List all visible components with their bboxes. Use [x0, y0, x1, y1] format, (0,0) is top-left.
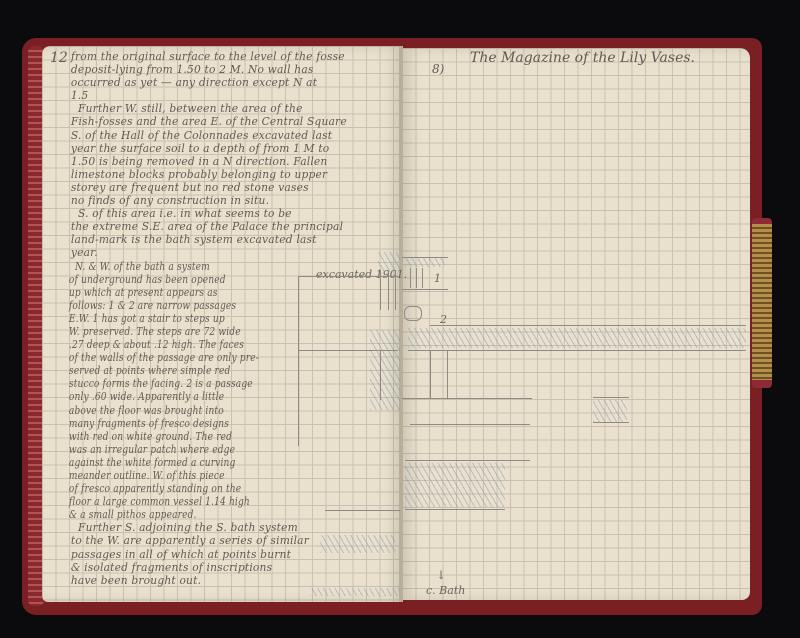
plan-line — [447, 350, 448, 398]
handwritten-line: have been brought out. — [58, 574, 366, 587]
plan-line — [405, 460, 530, 461]
plan-label-1: 1 — [434, 272, 441, 285]
plan-line — [430, 350, 431, 398]
plan-line — [380, 270, 381, 310]
plan-line — [410, 424, 530, 425]
bath-label: c. Bath — [426, 584, 465, 597]
plan-hatch — [405, 463, 505, 507]
plan-hatch — [370, 330, 400, 410]
plan-line — [410, 268, 411, 288]
plan-line — [388, 270, 389, 310]
page-title: The Magazine of the Lily Vases. — [470, 50, 695, 66]
handwritten-notes: from the original surface to the level o… — [58, 50, 393, 587]
plan-line — [380, 350, 381, 400]
section-number: 8) — [432, 62, 444, 76]
handwritten-line: land-mark is the bath system excavated l… — [58, 233, 366, 246]
plan-line — [402, 289, 448, 290]
plan-line — [325, 510, 400, 511]
plan-hatch — [310, 588, 400, 596]
plan-line — [593, 422, 629, 423]
page-gutter — [399, 46, 403, 602]
plan-circle-marker — [404, 306, 422, 321]
plan-line — [430, 325, 746, 326]
plan-line — [422, 268, 423, 288]
handwritten-line: occurred as yet — any direction except N… — [58, 76, 366, 89]
plan-line — [405, 509, 505, 510]
plan-hatch — [405, 258, 445, 267]
down-arrow-icon: ↓ — [436, 568, 446, 582]
pencil-loop-icon — [752, 218, 772, 388]
plan-line — [298, 276, 398, 277]
plan-line — [402, 398, 532, 399]
plan-hatch — [378, 252, 400, 272]
plan-line — [395, 270, 396, 310]
plan-line — [593, 397, 629, 398]
right-page — [402, 48, 750, 600]
plan-hatch — [593, 400, 627, 422]
plan-line — [298, 350, 398, 351]
plan-line — [298, 276, 299, 446]
plan-line — [416, 268, 417, 288]
plan-hatch — [408, 328, 746, 348]
plan-hatch — [320, 535, 395, 553]
plan-line — [447, 350, 474, 351]
